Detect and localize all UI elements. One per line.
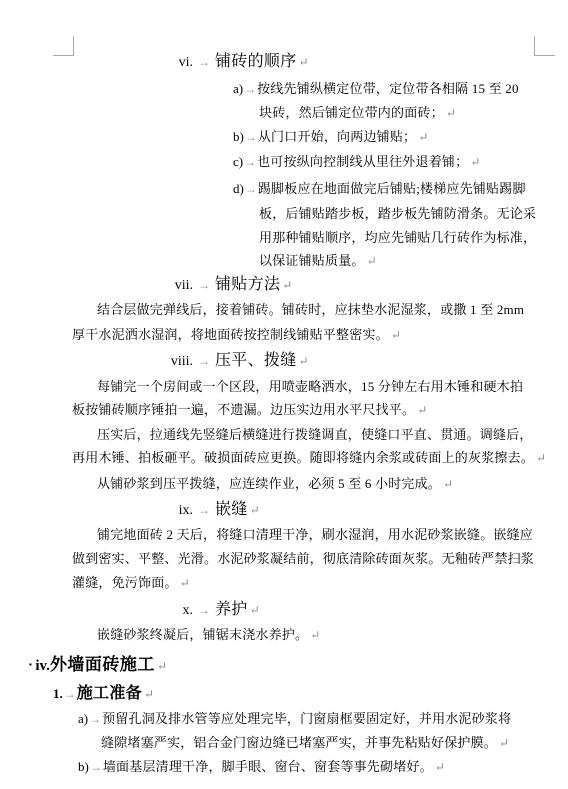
- bullet-icon: ▪: [29, 660, 32, 669]
- list-marker: c): [233, 154, 243, 169]
- line-text: 从铺砂浆到压平拨缝，应连续作业，必须 5 至 6 小时完成。: [97, 476, 441, 491]
- paragraph-mark-icon: ↵: [299, 55, 309, 69]
- doc-line: 压实后，拉通线先竖缝后横缝进行拨缝调直，使缝口平直、贯通。调缝后，: [97, 426, 533, 444]
- doc-line: 板按铺砖顺序锤拍一遍，不遗漏。边压实边用水平尺找平。↵: [72, 401, 427, 419]
- doc-line: 板，后铺贴踏步板，踏步板先铺防滑条。无论采: [259, 205, 536, 223]
- list-number: vi.: [121, 54, 193, 72]
- line-text: 每铺完一个房间或一个区段，用喷壶略洒水，15 分钟左右用木锤和硬木拍: [97, 379, 523, 394]
- doc-line: 缝隙堵塞严实，铝合金门窗边缝已堵塞严实，并事先粘贴好保护膜。↵: [101, 734, 509, 752]
- paragraph-mark-icon: ↵: [367, 254, 377, 268]
- line-text: 踢脚板应在地面做完后铺贴;楼梯应先铺贴踢脚: [258, 181, 526, 196]
- line-text: 压平、拨缝: [215, 352, 297, 369]
- line-text: 块砖，然后铺定位带内的面砖；: [259, 105, 444, 120]
- doc-line: 灌缝，免污饰面。↵: [72, 574, 190, 592]
- doc-line: 1.→施工准备↵: [53, 685, 154, 703]
- tab-mark-icon: →: [198, 354, 210, 368]
- line-text: 按线先铺纵横定位带，定位带各相隔 15 至 20: [257, 81, 519, 96]
- doc-line: 块砖，然后铺定位带内的面砖；↵: [259, 104, 456, 122]
- doc-line: a)→预留孔洞及排水管等应处理完毕，门窗扇框要固定好，并用水泥砂浆将: [78, 710, 511, 728]
- line-text: 厚干水泥洒水湿润，将地面砖按控制线铺贴平整密实。: [72, 327, 389, 342]
- document-page: vi.→铺砖的顺序↵a)→按线先铺纵横定位带，定位带各相隔 15 至 20块砖，…: [0, 0, 568, 789]
- paragraph-mark-icon: ↵: [250, 503, 260, 517]
- list-marker: iv.: [35, 658, 50, 674]
- line-text: 压实后，拉通线先竖缝后横缝进行拨缝调直，使缝口平直、贯通。调缝后，: [97, 427, 533, 442]
- doc-line: 每铺完一个房间或一个区段，用喷壶略洒水，15 分钟左右用木锤和硬木拍: [97, 378, 523, 396]
- doc-line: 厚干水泥洒水湿润，将地面砖按控制线铺贴平整密实。↵: [72, 326, 401, 344]
- line-text: 结合层做完弹线后，接着铺砖。铺砖时，应抹垫水泥湿浆，或撒 1 至 2mm: [97, 302, 524, 317]
- doc-line: 再用木锤、拍板砸平。破损面砖应更换。随即将缝内余浆或砖面上的灰浆擦去。↵: [72, 449, 546, 467]
- doc-line: viii.→压平、拨缝↵: [121, 352, 309, 371]
- paragraph-mark-icon: ↵: [180, 576, 190, 590]
- list-number: viii.: [121, 353, 193, 371]
- line-text: 嵌缝: [215, 501, 248, 518]
- list-marker: b): [233, 129, 244, 144]
- text-boundary-mark-top-right: [534, 36, 555, 56]
- doc-line: ix.→嵌缝↵: [121, 501, 260, 520]
- doc-line: c)→也可按纵向控制线从里往外退着铺；↵: [233, 153, 480, 171]
- tab-mark-icon: →: [198, 603, 210, 617]
- doc-line: 铺完地面砖 2 天后，将缝口清理干净，刷水湿润，用水泥砂浆嵌缝。嵌缝应: [97, 526, 533, 544]
- list-marker: d): [233, 181, 244, 196]
- doc-line: 从铺砂浆到压平拨缝，应连续作业，必须 5 至 6 小时完成。↵: [97, 475, 453, 493]
- line-text: 用那种铺贴顺序，均应先铺贴几行砖作为标准，: [259, 230, 536, 245]
- list-number: vii.: [121, 277, 193, 295]
- line-text: 灌缝，免污饰面。: [72, 575, 178, 590]
- line-text: 板，后铺贴踏步板，踏步板先铺防滑条。无论采: [259, 206, 536, 221]
- paragraph-mark-icon: ↵: [470, 155, 480, 169]
- tab-mark-icon: →: [198, 55, 210, 69]
- line-text: 外墙面砖施工: [50, 655, 155, 674]
- list-number: x.: [121, 602, 193, 620]
- paragraph-mark-icon: ↵: [299, 354, 309, 368]
- list-marker: a): [78, 711, 88, 726]
- doc-line: 嵌缝砂浆终凝后，铺锯末浇水养护。↵: [97, 626, 320, 644]
- tab-mark-icon: →: [90, 760, 102, 774]
- doc-line: ▪iv.外墙面砖施工↵: [29, 656, 167, 675]
- doc-line: b)→从门口开始，向两边铺贴；↵: [233, 128, 428, 146]
- doc-line: 以保证铺贴质量。↵: [259, 252, 377, 270]
- tab-mark-icon: →: [244, 82, 256, 96]
- paragraph-mark-icon: ↵: [446, 106, 456, 120]
- paragraph-mark-icon: ↵: [435, 760, 445, 774]
- line-text: 铺贴方法: [215, 276, 280, 293]
- line-text: 以保证铺贴质量。: [259, 253, 365, 268]
- text-boundary-mark-top-left: [53, 36, 74, 56]
- paragraph-mark-icon: ↵: [418, 130, 428, 144]
- doc-line: d)→踢脚板应在地面做完后铺贴;楼梯应先铺贴踢脚: [233, 180, 526, 198]
- tab-mark-icon: →: [89, 712, 101, 726]
- doc-line: x.→养护↵: [121, 601, 260, 620]
- line-text: 墙面基层清理干净，脚手眼、窗台、窗套等事先砌堵好。: [103, 759, 433, 774]
- tab-mark-icon: →: [245, 182, 257, 196]
- tab-mark-icon: →: [198, 278, 210, 292]
- paragraph-mark-icon: ↵: [443, 477, 453, 491]
- doc-line: 做到密实、平整、光滑。水泥砂浆凝结前，彻底清除砖面灰浆。无釉砖严禁扫浆: [72, 550, 534, 568]
- line-text: 施工准备: [77, 685, 142, 702]
- list-number: ix.: [121, 502, 193, 520]
- paragraph-mark-icon: ↵: [391, 328, 401, 342]
- paragraph-mark-icon: ↵: [536, 451, 546, 465]
- line-text: 预留孔洞及排水管等应处理完毕，门窗扇框要固定好，并用水泥砂浆将: [102, 711, 511, 726]
- line-text: 再用木锤、拍板砸平。破损面砖应更换。随即将缝内余浆或砖面上的灰浆擦去。: [72, 450, 534, 465]
- line-text: 也可按纵向控制线从里往外退着铺；: [257, 154, 468, 169]
- doc-line: vii.→铺贴方法↵: [121, 276, 292, 295]
- tab-mark-icon: →: [244, 155, 256, 169]
- doc-line: 结合层做完弹线后，接着铺砖。铺砖时，应抹垫水泥湿浆，或撒 1 至 2mm: [97, 301, 524, 319]
- tab-mark-icon: →: [64, 687, 76, 701]
- line-text: 做到密实、平整、光滑。水泥砂浆凝结前，彻底清除砖面灰浆。无釉砖严禁扫浆: [72, 551, 534, 566]
- list-marker: 1.: [53, 686, 63, 701]
- line-text: 缝隙堵塞严实，铝合金门窗边缝已堵塞严实，并事先粘贴好保护膜。: [101, 735, 497, 750]
- line-text: 板按铺砖顺序锤拍一遍，不遗漏。边压实边用水平尺找平。: [72, 402, 415, 417]
- list-marker: b): [78, 759, 89, 774]
- doc-line: 用那种铺贴顺序，均应先铺贴几行砖作为标准，: [259, 229, 536, 247]
- line-text: 从门口开始，向两边铺贴；: [258, 129, 416, 144]
- tab-mark-icon: →: [198, 503, 210, 517]
- doc-line: vi.→铺砖的顺序↵: [121, 53, 309, 72]
- paragraph-mark-icon: ↵: [417, 403, 427, 417]
- paragraph-mark-icon: ↵: [157, 659, 167, 673]
- paragraph-mark-icon: ↵: [310, 628, 320, 642]
- doc-line: a)→按线先铺纵横定位带，定位带各相隔 15 至 20: [233, 80, 519, 98]
- line-text: 嵌缝砂浆终凝后，铺锯末浇水养护。: [97, 627, 308, 642]
- list-marker: a): [233, 81, 243, 96]
- paragraph-mark-icon: ↵: [499, 736, 509, 750]
- paragraph-mark-icon: ↵: [144, 687, 154, 701]
- paragraph-mark-icon: ↵: [282, 278, 292, 292]
- paragraph-mark-icon: ↵: [250, 603, 260, 617]
- doc-line: b)→墙面基层清理干净，脚手眼、窗台、窗套等事先砌堵好。↵: [78, 758, 445, 776]
- tab-mark-icon: →: [245, 130, 257, 144]
- line-text: 铺完地面砖 2 天后，将缝口清理干净，刷水湿润，用水泥砂浆嵌缝。嵌缝应: [97, 527, 533, 542]
- line-text: 铺砖的顺序: [215, 53, 297, 70]
- line-text: 养护: [215, 601, 248, 618]
